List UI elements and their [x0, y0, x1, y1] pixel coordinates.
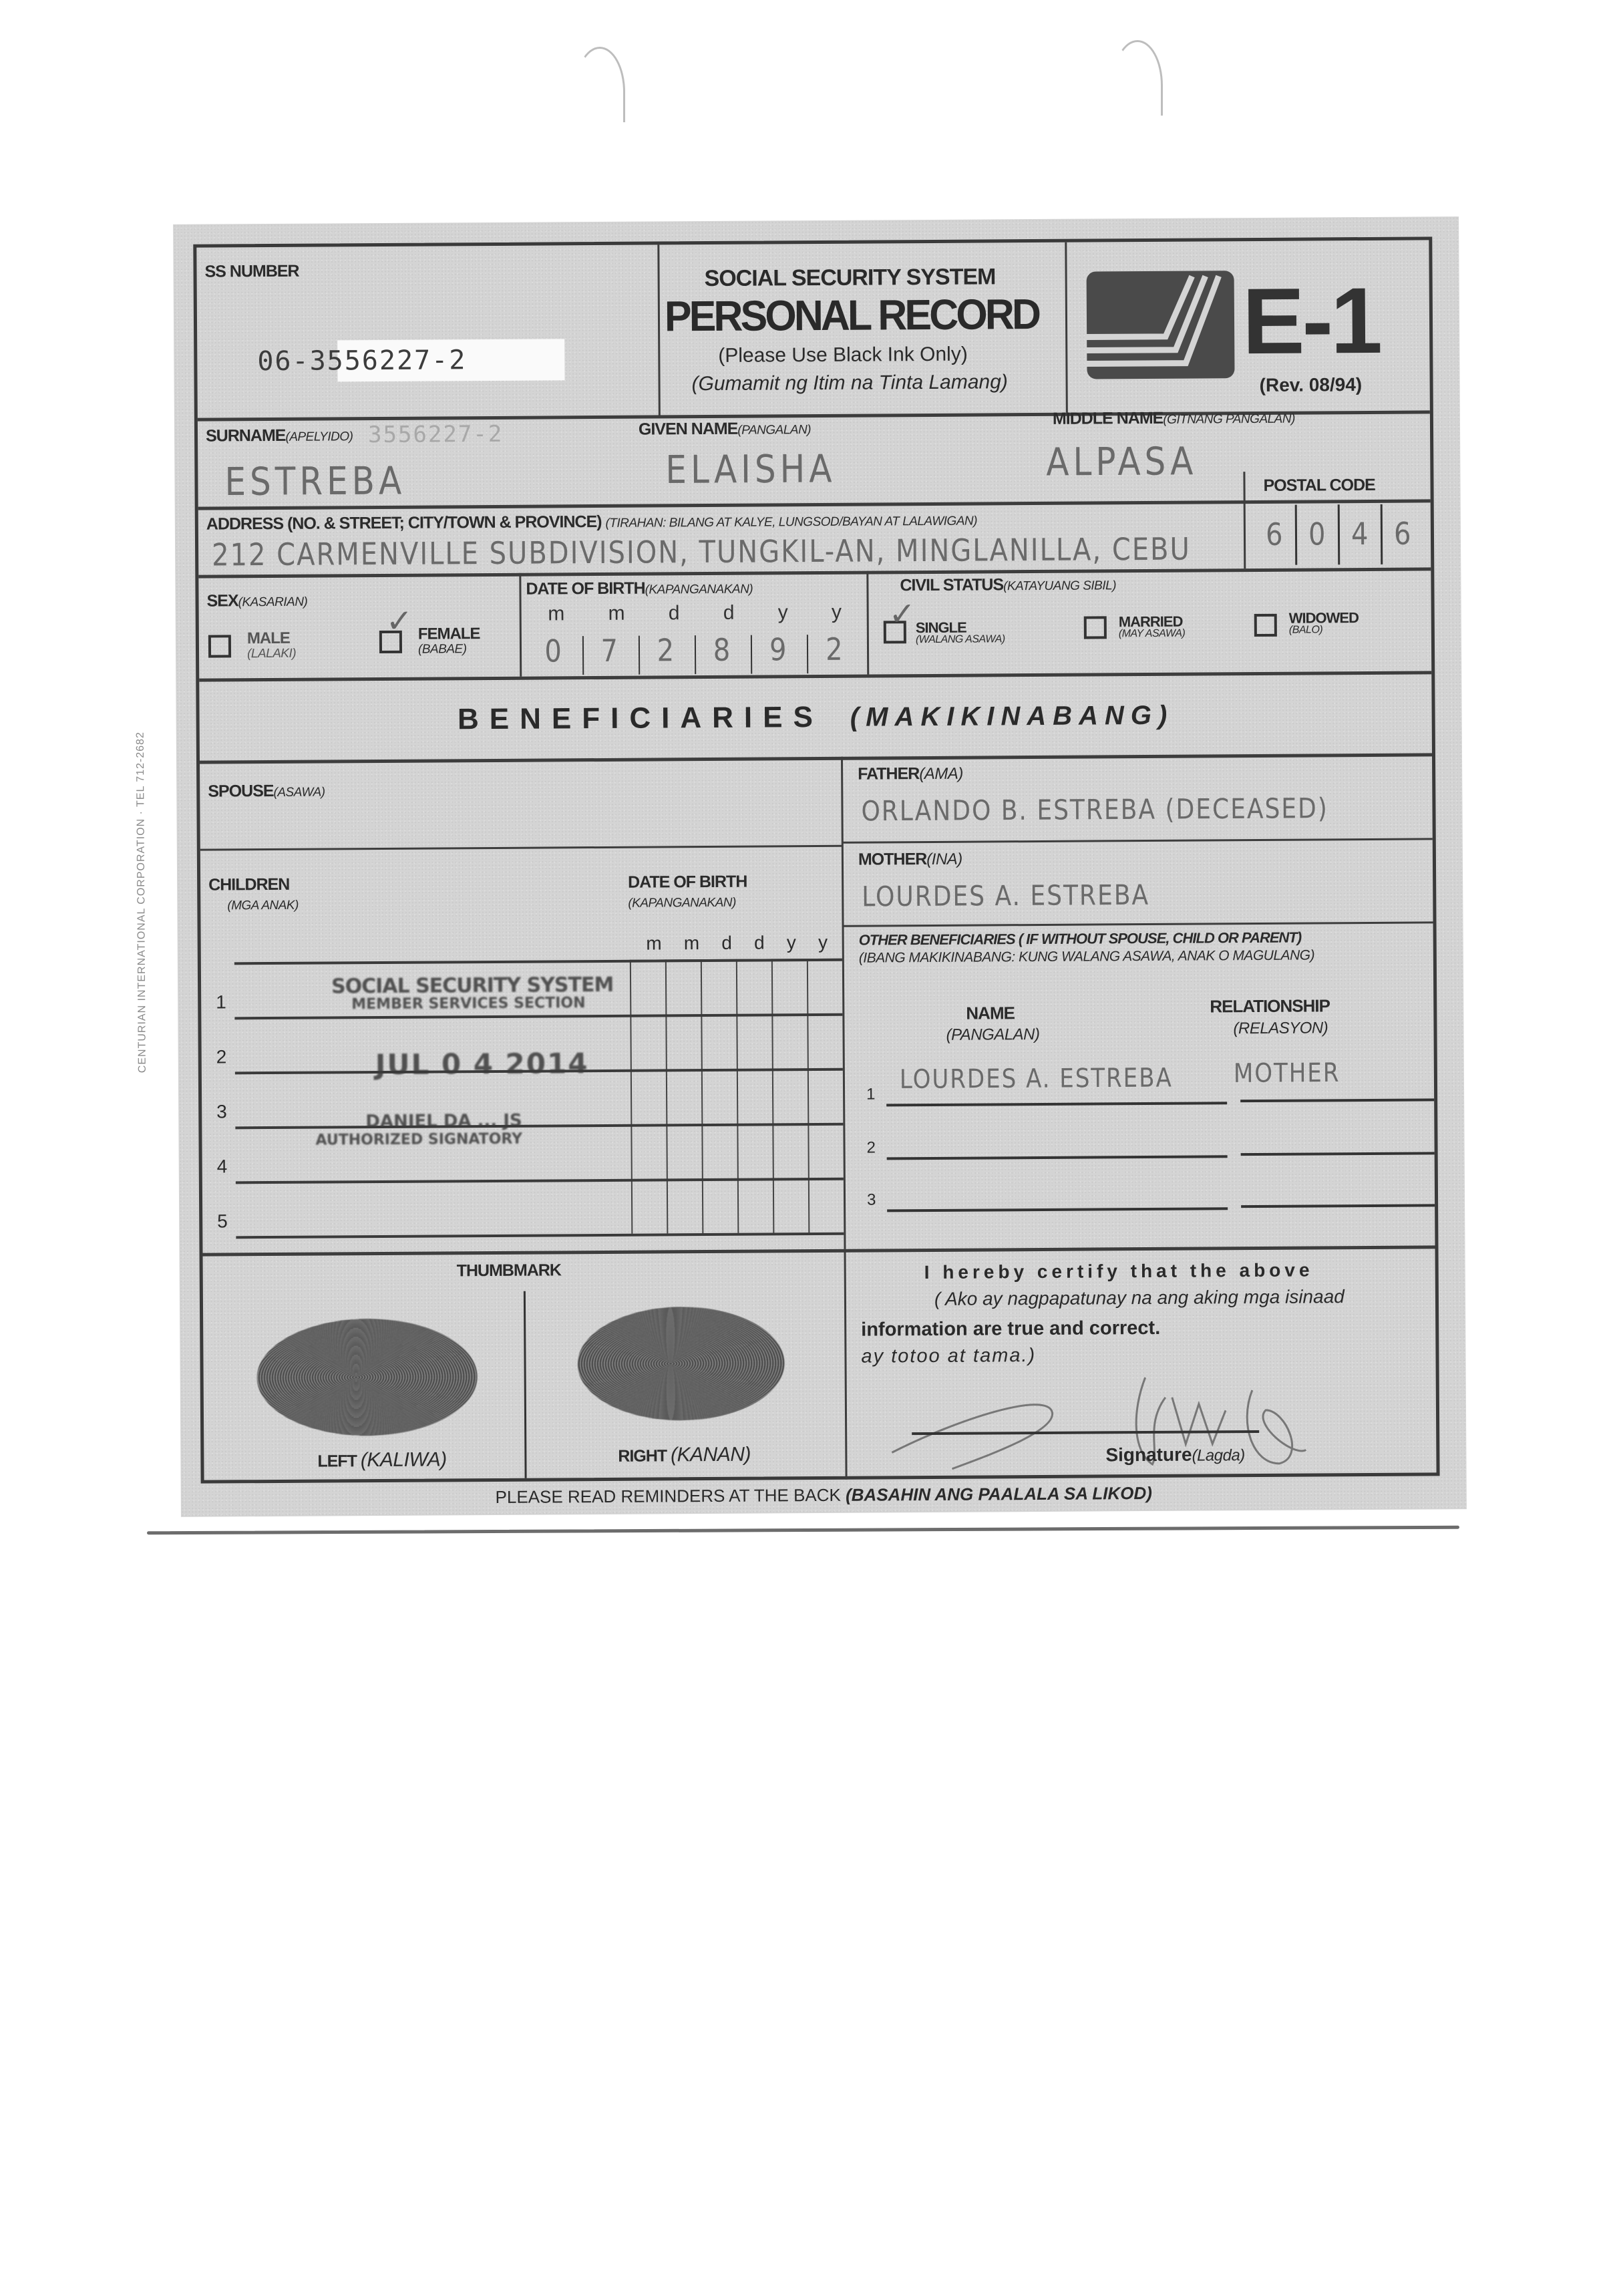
postal-digit: 4	[1351, 517, 1371, 552]
father-label: FATHER(AMA)	[858, 764, 963, 784]
dob-digit: 2	[826, 632, 846, 667]
other-beneficiaries-label: OTHER BENEFICIARIES ( IF WITHOUT SPOUSE,…	[859, 929, 1302, 949]
punch-hole-mark-right	[1112, 40, 1163, 116]
personal-record-form: SS NUMBER 06-3556227-2 SOCIAL SECURITY S…	[193, 236, 1439, 1483]
beneficiaries-banner: BENEFICIARIES (MAKIKINABANG)	[199, 674, 1432, 760]
dob-digit: 9	[769, 633, 789, 668]
right-thumbprint	[577, 1306, 785, 1421]
footer-reminder: PLEASE READ REMINDERS AT THE BACK (BASAH…	[181, 1481, 1467, 1510]
children-dob-sub-label: (KAPANGANAKAN)	[628, 896, 736, 911]
postal-code-label: POSTAL CODE	[1263, 476, 1375, 496]
checkmark-icon: ✓	[386, 603, 413, 640]
other-name-sub: (PANGALAN)	[946, 1025, 1039, 1045]
certification-text: I hereby certify that the above ( Ako ay…	[196, 240, 1429, 247]
mother-value[interactable]: LOURDES A. ESTREBA	[862, 880, 1149, 913]
children-label: CHILDREN	[208, 875, 289, 895]
postal-digit: 0	[1308, 517, 1328, 552]
signature-label: Signature(Lagda)	[1105, 1444, 1245, 1466]
child-row[interactable]: 2	[216, 1046, 227, 1068]
children-table: 1 2 3 4 5 SOCIAL SECURITY SYSTEM MEMBER …	[201, 959, 844, 1250]
given-name-label: GIVEN NAME(PANGALAN)	[639, 419, 811, 440]
thumbmark-label: THUMBMARK	[457, 1261, 561, 1281]
sss-logo-icon	[1085, 269, 1236, 380]
other-beneficiary-row[interactable]: 2	[860, 1115, 1434, 1172]
postal-digit: 6	[1266, 517, 1286, 552]
widowed-checkbox[interactable]	[1254, 614, 1277, 637]
right-thumb-label: RIGHT (KANAN)	[618, 1444, 751, 1467]
postal-code-field[interactable]: 6 0 4 6	[1254, 504, 1431, 565]
postal-digit: 6	[1394, 516, 1414, 552]
ss-number-label: SS NUMBER	[204, 262, 299, 282]
child-row[interactable]: 1	[216, 991, 226, 1013]
dob-label: DATE OF BIRTH(KAPANGANAKAN)	[526, 579, 753, 599]
middle-name-label: MIDDLE NAME(GITNANG PANGALAN)	[1053, 408, 1295, 429]
other-beneficiaries-sub: (IBANG MAKIKINABANG: KUNG WALANG ASAWA, …	[859, 947, 1314, 966]
father-value[interactable]: ORLANDO B. ESTREBA (DECEASED)	[861, 793, 1328, 827]
dob-field[interactable]: mmddyy 0 7 2 8 9 2	[526, 601, 864, 677]
other-beneficiary-relationship: MOTHER	[1234, 1057, 1340, 1089]
child-row[interactable]: 3	[216, 1101, 227, 1122]
children-dob-headers: mmddyy	[635, 932, 839, 955]
child-row[interactable]: 4	[217, 1156, 228, 1177]
ink-instruction-filipino: (Gumamit ng Itim na Tinta Lamang)	[691, 371, 1007, 395]
punch-hole-mark-left	[574, 47, 625, 122]
form-revision: (Rev. 08/94)	[1260, 374, 1363, 396]
dob-digit: 0	[544, 634, 564, 669]
ss-number-field[interactable]: 06-3556227-2	[257, 339, 564, 387]
agency-name: SOCIAL SECURITY SYSTEM	[705, 264, 996, 292]
surname-label: SURNAME(APELYIDO)	[206, 426, 353, 446]
male-checkbox[interactable]	[208, 635, 231, 657]
civil-status-label: CIVIL STATUS(KATAYUANG SIBIL)	[900, 575, 1116, 595]
form-title: PERSONAL RECORD	[665, 289, 1039, 341]
sex-label: SEX(KASARIAN)	[206, 591, 307, 611]
left-thumb-label: LEFT (KALIWA)	[317, 1448, 446, 1472]
form-code: E-1	[1242, 274, 1381, 368]
address-label: ADDRESS (NO. & STREET; CITY/TOWN & PROVI…	[206, 510, 977, 534]
spouse-label: SPOUSE(ASAWA)	[208, 782, 325, 802]
surname-value[interactable]: ESTREBA	[224, 458, 405, 504]
other-relationship-header: RELATIONSHIP	[1210, 995, 1330, 1017]
left-thumbprint	[256, 1318, 478, 1436]
child-row[interactable]: 5	[217, 1210, 228, 1232]
page-divider-line	[147, 1526, 1459, 1535]
signature-field[interactable]: Signature(Lagda)	[878, 1369, 1413, 1473]
checkmark-icon: ✓	[889, 595, 916, 633]
spouse-value[interactable]	[226, 805, 828, 842]
married-checkbox[interactable]	[1084, 616, 1107, 639]
surname-faint-print: 3556227-2	[368, 421, 503, 448]
given-name-value[interactable]: ELAISHA	[665, 446, 836, 492]
dob-digit: 8	[713, 633, 733, 668]
ss-number-value: 06-3556227-2	[257, 345, 466, 377]
children-dob-label: DATE OF BIRTH	[628, 872, 747, 892]
other-beneficiary-row[interactable]: 1 LOURDES A. ESTREBA MOTHER	[860, 1061, 1434, 1118]
mother-label: MOTHER(INA)	[858, 850, 962, 870]
address-value[interactable]: 212 CARMENVILLE SUBDIVISION, TUNGKIL-AN,…	[212, 532, 1191, 573]
sss-e1-form-sheet: CENTURIAN INTERNATIONAL CORPORATION · TE…	[173, 216, 1467, 1517]
ink-instruction: (Please Use Black Ink Only)	[718, 343, 968, 367]
dob-digit: 2	[657, 633, 677, 669]
other-beneficiary-row[interactable]: 3	[860, 1167, 1435, 1224]
printer-credit: CENTURIAN INTERNATIONAL CORPORATION · TE…	[135, 731, 149, 1073]
middle-name-value[interactable]: ALPASA	[1046, 439, 1197, 484]
children-sub-label: (MGA ANAK)	[227, 898, 299, 914]
other-name-header: NAME	[966, 1003, 1015, 1023]
other-relationship-sub: (RELASYON)	[1233, 1019, 1328, 1038]
other-beneficiary-name: LOURDES A. ESTREBA	[900, 1063, 1173, 1095]
dob-digit: 7	[600, 633, 620, 669]
